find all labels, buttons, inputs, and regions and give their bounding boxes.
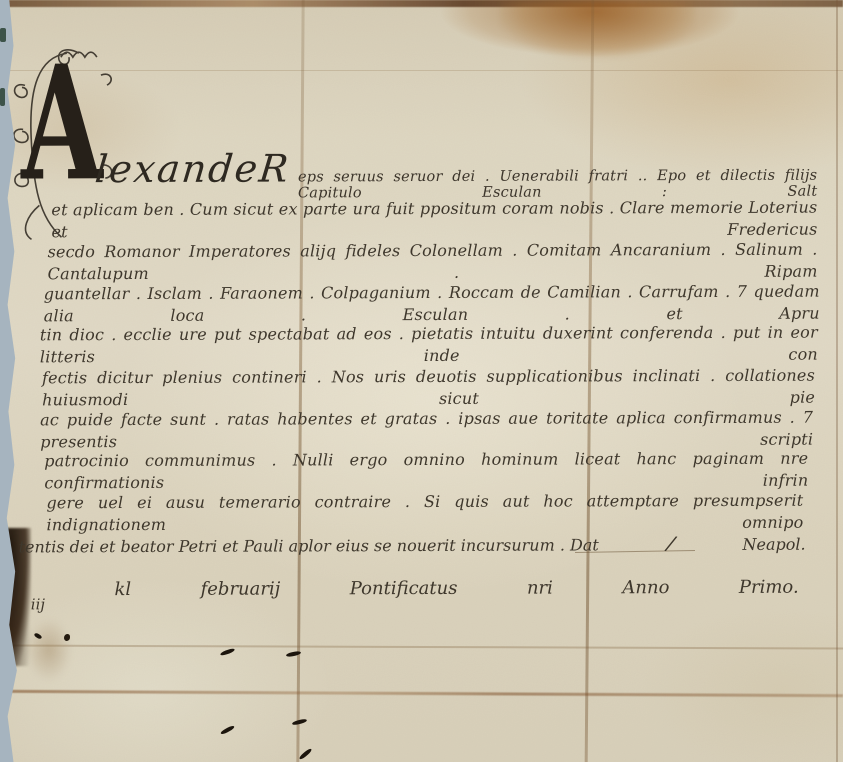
text-line-1: lexandeR eps seruus seruor dei . Uenerab… (95, 145, 817, 203)
text-line-7: ac puide facte sunt . ratas habentes et … (40, 407, 813, 454)
scanned-charter: A lexandeR eps seruus seruor dei . Uener… (0, 0, 843, 762)
date-word: kl (114, 579, 131, 600)
heading-display-word: lexandeR (93, 146, 292, 191)
charter-text: A lexandeR eps seruus seruor dei . Uener… (0, 0, 843, 762)
text-line-4: guantellar . Isclam . Faraonem . Colpaga… (44, 281, 820, 328)
scanner-edge-mark (0, 88, 5, 106)
date-word: Anno (622, 577, 669, 598)
text-line-8: patrocinio communimus . Nulli ergo omnin… (44, 448, 808, 495)
scanner-edge-mark (0, 28, 6, 42)
text-line-2: et aplicam ben . Cum sicut ex parte ura … (51, 197, 817, 244)
date-word: nri (527, 578, 553, 599)
place-name: Neapol. (742, 535, 805, 554)
parchment: A lexandeR eps seruus seruor dei . Uener… (0, 0, 843, 762)
date-word: Primo. (739, 577, 799, 598)
text-line-11: iij kl februarij Pontificatus nri Anno P… (31, 577, 799, 614)
text-line-9: gere uel ei ausu temerario contraire . S… (46, 490, 803, 537)
text-line-5: tin dioc . ecclie ure put spectabat ad e… (40, 322, 818, 369)
initial-letter-A: A (21, 49, 103, 199)
date-word: Pontificatus (350, 578, 458, 599)
date-word: iij (31, 595, 45, 613)
date-word: februarij (201, 578, 281, 599)
text-line-10: tentis dei et beator Petri et Pauli aplo… (19, 531, 806, 558)
text-line-6: fectis dicitur plenius contineri . Nos u… (42, 365, 815, 412)
pen-stroke: / (665, 531, 677, 556)
text-line-3: secdo Romanor Imperatores alijq fideles … (48, 239, 818, 286)
dat-clause-text: tentis dei et beator Petri et Pauli aplo… (19, 535, 599, 556)
